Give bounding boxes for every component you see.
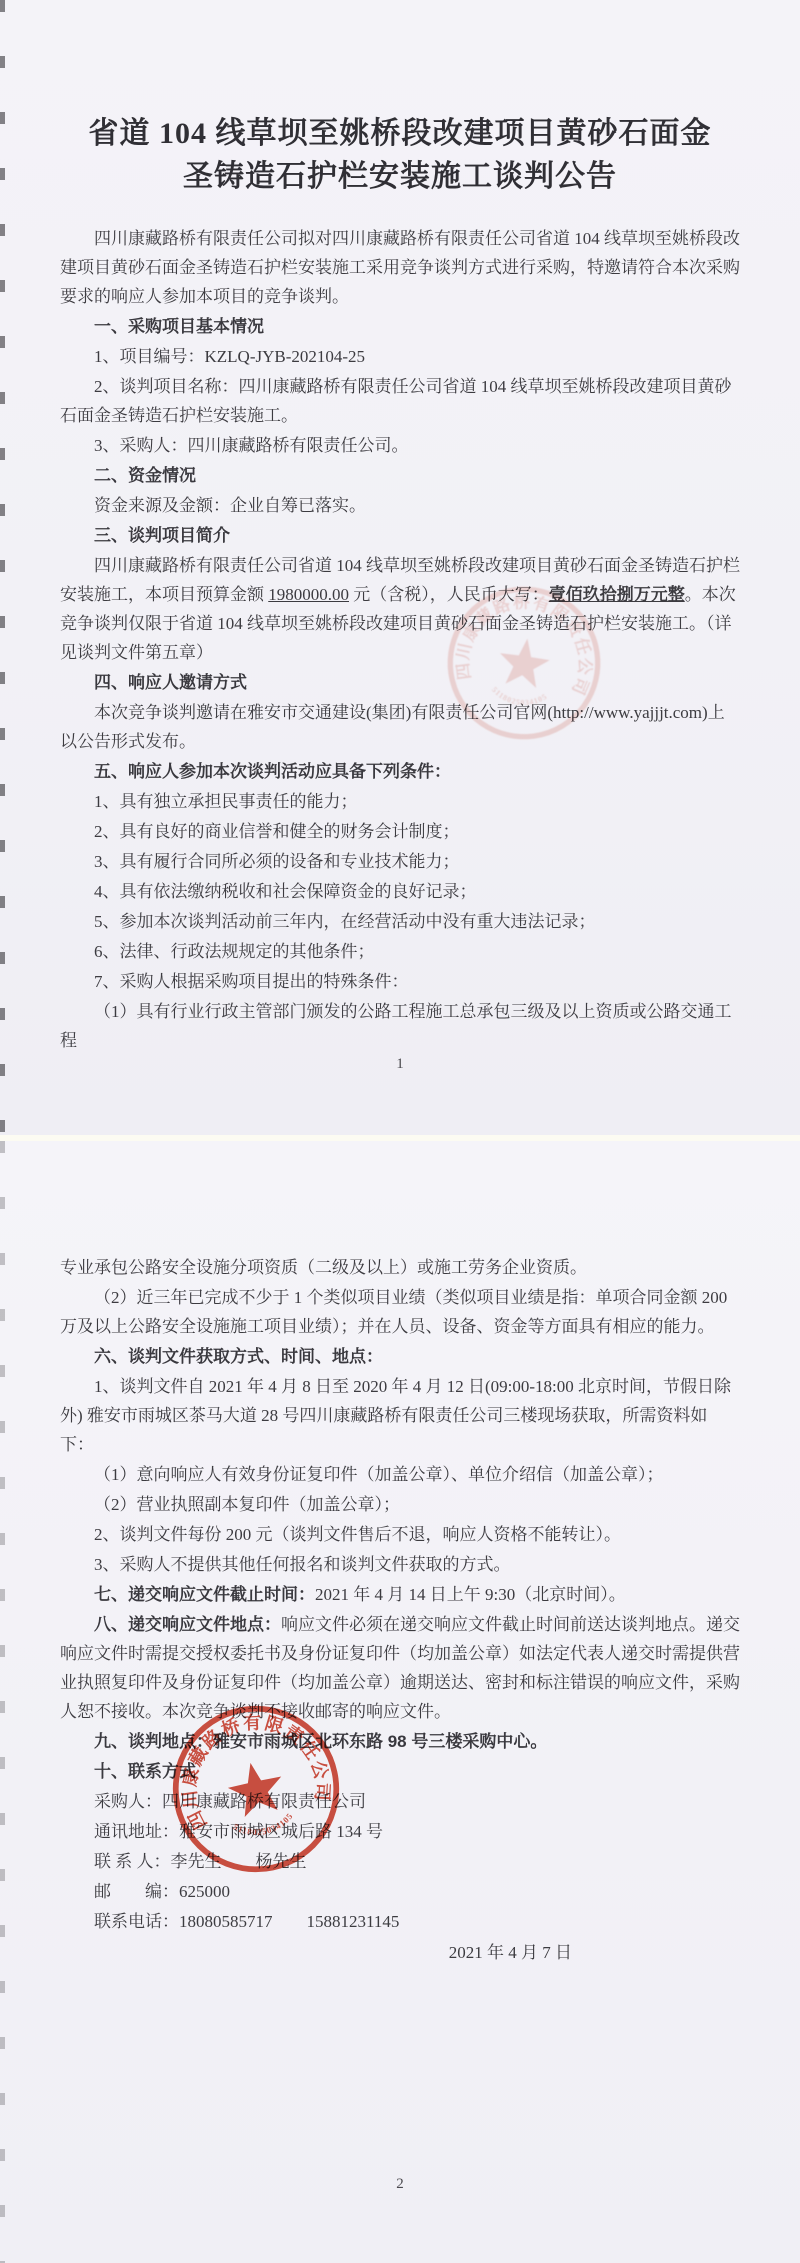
deadline-value: 2021 年 4 月 14 日上午 9:30（北京时间）。 [315, 1585, 626, 1604]
project-name: 2、谈判项目名称：四川康藏路桥有限责任公司省道 104 线草坝至姚桥段改建项目黄… [60, 372, 740, 430]
submission-place: 八、递交响应文件地点：响应文件必须在递交响应文件截止时间前送达谈判地点。递交响应… [60, 1610, 740, 1726]
section-8-label: 八、递交响应文件地点： [94, 1615, 281, 1634]
condition-5: 5、参加本次谈判活动前三年内，在经营活动中没有重大违法记录； [60, 907, 740, 936]
intro-paragraph: 四川康藏路桥有限责任公司拟对四川康藏路桥有限责任公司省道 104 线草坝至姚桥段… [60, 224, 740, 311]
condition-7-sub1-continued: 专业承包公路安全设施分项资质（二级及以上）或施工劳务企业资质。 [60, 1253, 740, 1282]
condition-7-sub2: （2）近三年已完成不少于 1 个类似项目业绩（类似项目业绩是指：单项合同金额 2… [60, 1283, 740, 1341]
section-3-heading: 三、谈判项目简介 [60, 521, 740, 550]
document-fee: 2、谈判文件每份 200 元（谈判文件售后不退，响应人资格不能转让）。 [60, 1520, 740, 1549]
section-9-heading: 九、谈判地点：雅安市雨城区北环东路 98 号三楼采购中心。 [60, 1727, 740, 1756]
condition-7: 7、采购人根据采购项目提出的特殊条件： [60, 967, 740, 996]
budget-amount-chinese: 壹佰玖拾捌万元整 [549, 585, 685, 604]
funding-line: 资金来源及金额：企业自筹已落实。 [60, 491, 740, 520]
condition-7-sub1: （1）具有行业行政主管部门颁发的公路工程施工总承包三级及以上资质或公路交通工程 [60, 997, 740, 1055]
contact-phone: 联系电话：18080585717 15881231145 [60, 1907, 740, 1936]
obtain-material-2: （2）营业执照副本复印件（加盖公章）； [60, 1490, 740, 1519]
document-title: 省道 104 线草坝至姚桥段改建项目黄砂石面金 圣铸造石护栏安装施工谈判公告 [60, 112, 740, 198]
section-5-heading: 五、响应人参加本次谈判活动应具备下列条件： [60, 757, 740, 786]
page-number-1: 1 [0, 1056, 800, 1073]
budget-amount: 1980000.00 [268, 585, 349, 604]
contact-persons: 联 系 人：李先生 杨先生 [60, 1847, 740, 1876]
contact-address: 通讯地址：雅安市雨城区城后路 134 号 [60, 1817, 740, 1846]
title-line-2: 圣铸造石护栏安装施工谈判公告 [183, 160, 617, 193]
brief-text-2: 元（含税），人民币大写： [349, 585, 549, 604]
contact-zip: 邮 编：625000 [60, 1877, 740, 1906]
deadline-line: 七、递交响应文件截止时间：2021 年 4 月 14 日上午 9:30（北京时间… [60, 1580, 740, 1609]
condition-4: 4、具有依法缴纳税收和社会保障资金的良好记录； [60, 877, 740, 906]
no-other-method: 3、采购人不提供其他任何报名和谈判文件获取的方式。 [60, 1550, 740, 1579]
page-number-2: 2 [0, 2176, 800, 2193]
obtain-material-1: （1）意向响应人有效身份证复印件（加盖公章）、单位介绍信（加盖公章）； [60, 1460, 740, 1489]
title-line-1: 省道 104 线草坝至姚桥段改建项目黄砂石面金 [89, 117, 712, 150]
page-2: 专业承包公路安全设施分项资质（二级及以上）或施工劳务企业资质。 （2）近三年已完… [0, 1141, 800, 2263]
section-7-label: 七、递交响应文件截止时间： [94, 1585, 315, 1604]
scan-edge-artifacts [0, 0, 5, 1135]
scanned-announcement: 省道 104 线草坝至姚桥段改建项目黄砂石面金 圣铸造石护栏安装施工谈判公告 四… [0, 0, 800, 2263]
scan-edge-artifacts [0, 1141, 5, 2263]
project-number: 1、项目编号：KZLQ-JYB-202104-25 [60, 342, 740, 371]
section-2-heading: 二、资金情况 [60, 461, 740, 490]
section-4-heading: 四、响应人邀请方式 [60, 668, 740, 697]
condition-3: 3、具有履行合同所必须的设备和专业技术能力； [60, 847, 740, 876]
announcement-date: 2021 年 4 月 7 日 [60, 1938, 740, 1967]
contact-purchaser: 采购人：四川康藏路桥有限责任公司 [60, 1787, 740, 1816]
condition-1: 1、具有独立承担民事责任的能力； [60, 787, 740, 816]
invitation-method: 本次竞争谈判邀请在雅安市交通建设(集团)有限责任公司官网(http://www.… [60, 698, 740, 756]
condition-2: 2、具有良好的商业信誉和健全的财务会计制度； [60, 817, 740, 846]
document-obtain-time: 1、谈判文件自 2021 年 4 月 8 日至 2020 年 4 月 12 日(… [60, 1372, 740, 1459]
purchaser-line: 3、采购人：四川康藏路桥有限责任公司。 [60, 431, 740, 460]
condition-6: 6、法律、行政法规规定的其他条件； [60, 937, 740, 966]
section-6-heading: 六、谈判文件获取方式、时间、地点： [60, 1342, 740, 1371]
section-10-heading: 十、联系方式 [60, 1757, 740, 1786]
project-brief: 四川康藏路桥有限责任公司省道 104 线草坝至姚桥段改建项目黄砂石面金圣铸造石护… [60, 551, 740, 667]
page-1: 省道 104 线草坝至姚桥段改建项目黄砂石面金 圣铸造石护栏安装施工谈判公告 四… [0, 0, 800, 1135]
section-1-heading: 一、采购项目基本情况 [60, 312, 740, 341]
